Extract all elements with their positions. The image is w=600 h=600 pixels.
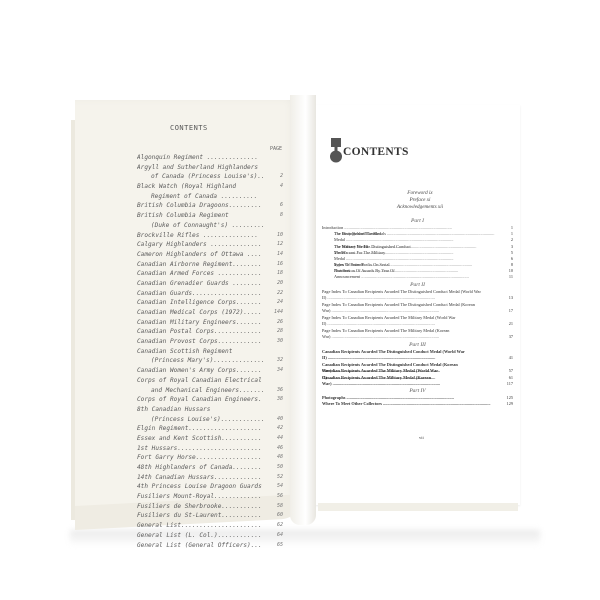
entry-title: Distribution Of Awards By Year Of Announ… <box>322 268 513 280</box>
part-heading: Part II <box>322 281 513 289</box>
contents-entry: Canadian Scottish Regiment <box>137 348 277 358</box>
entry-title: Corps of Royal Canadian Engineers. <box>137 396 262 403</box>
contents-entry: Page Index To Canadian Recipients Awarde… <box>322 289 513 302</box>
entry-title: Where To Meet Other Collectors <box>322 401 513 407</box>
entry-page: 46 <box>277 445 283 452</box>
entry-page: 30 <box>277 338 283 345</box>
contents-entry: Canadian Armed Forces .............18 <box>137 270 277 280</box>
right-contents-list: Part IIntroduction1The Story Behind The … <box>322 217 513 407</box>
entry-title: The Distinguished Conduct Medal <box>322 231 513 243</box>
contents-entry: Black Watch (Royal Highland4 <box>137 183 277 193</box>
entry-page: 4 <box>280 183 283 190</box>
contents-entry: Brockville Rifles ...............10 <box>137 232 277 242</box>
contents-entry: Elgin Regiment.....................42 <box>137 425 277 435</box>
entry-title: Canadian Guards.................... <box>137 290 262 297</box>
entry-page: 11 <box>509 274 513 280</box>
entry-title: 8th Canadian Hussars <box>137 406 210 413</box>
entry-title: Essex and Kent Scottish............ <box>137 435 262 442</box>
entry-page: 22 <box>277 290 283 297</box>
medal-icon <box>329 138 343 168</box>
entry-title: Black Watch (Royal Highland <box>137 183 236 190</box>
right-page-stack-edge <box>318 503 518 511</box>
entry-page: 52 <box>277 474 283 481</box>
entry-title: Fusiliers du St-Laurent............ <box>137 512 262 519</box>
contents-entry: Regiment of Canada .......... <box>137 193 277 203</box>
contents-entry: Canadian Medical Corps (1972)......144 <box>137 309 277 319</box>
contents-entry: 8th Canadian Hussars <box>137 406 277 416</box>
entry-title: Canadian Intelligence Corps........ <box>137 299 262 306</box>
entry-page: 37 <box>509 334 513 340</box>
entry-page: 42 <box>277 425 283 432</box>
entry-title: (Princess Mary's).............. <box>137 357 265 364</box>
part-heading: Part III <box>322 341 513 349</box>
contents-entry: Canadian Airborne Regiment.........16 <box>137 261 277 271</box>
entry-title: (Princess Louise's)............ <box>137 416 265 423</box>
entry-page: 58 <box>277 503 283 510</box>
contents-entry: 48th Highlanders of Canada.........50 <box>137 464 277 474</box>
contents-entry: Canadian Military Engineers........26 <box>137 319 277 329</box>
entry-page: 44 <box>277 435 283 442</box>
entry-title: Cameron Highlanders of Ottawa .... <box>137 251 262 258</box>
entry-title: Canadian Recipients Awarded The Distingu… <box>322 349 513 361</box>
entry-title: British Columbia Dragoons......... <box>137 202 262 209</box>
entry-page: 10 <box>277 232 283 239</box>
entry-title: Canadian Women's Army Corps........ <box>137 367 262 374</box>
part-heading: Part IV <box>322 387 513 395</box>
entry-title: Corps of Royal Canadian Electrical <box>137 377 262 384</box>
page-number: vii <box>419 435 424 440</box>
entry-page: 40 <box>277 416 283 423</box>
contents-entry: Fusiliers de Sherbrooke............58 <box>137 503 277 513</box>
entry-title: 48th Highlanders of Canada......... <box>137 464 262 471</box>
entry-page: 144 <box>274 309 283 316</box>
contents-entry: Canadian Postal Corps..............28 <box>137 328 277 338</box>
entry-page: 2 <box>280 173 283 180</box>
contents-entry: Canadian Guards....................22 <box>137 290 277 300</box>
entry-title: Page Index To Canadian Recipients Awarde… <box>322 315 513 327</box>
entry-title: Algonquin Regiment .............. <box>137 154 258 161</box>
contents-entry: Essex and Kent Scottish............44 <box>137 435 277 445</box>
contents-entry: British Columbia Dragoons.........6 <box>137 202 277 212</box>
contents-entry: Fusiliers du St-Laurent............60 <box>137 512 277 522</box>
contents-entry: Where To Meet Other Collectors129 <box>322 401 513 407</box>
entry-title: Fusiliers de Sherbrooke............ <box>137 503 262 510</box>
entry-page: 48 <box>277 454 283 461</box>
entry-page: 12 <box>277 241 283 248</box>
contents-entry: (Princess Louise's)............40 <box>137 416 277 426</box>
entry-page: 28 <box>277 328 283 335</box>
entry-title: Argyll and Sutherland Highlanders <box>137 164 258 171</box>
entry-title: Page Index To Canadian Recipients Awarde… <box>322 328 513 340</box>
contents-entry: Corps of Royal Canadian Engineers.38 <box>137 396 277 406</box>
entry-title: of Canada (Princess Louise's).. <box>137 173 265 180</box>
entry-page: 20 <box>277 280 283 287</box>
front-matter-item: Preface xi <box>380 197 460 204</box>
front-matter-item: Foreword ix <box>380 190 460 197</box>
contents-entry: Fort Garry Horse...................48 <box>137 454 277 464</box>
entry-page: 36 <box>277 387 283 394</box>
contents-entry: Canadian Grenadier Guards .........20 <box>137 280 277 290</box>
entry-title: 4th Princess Louise Dragoon Guards <box>137 483 262 490</box>
entry-title: Page Index To Canadian Recipients Awarde… <box>322 302 513 314</box>
entry-title: 1st Hussars........................ <box>137 445 262 452</box>
entry-title: Fort Garry Horse................... <box>137 454 262 461</box>
entry-page: 18 <box>277 270 283 277</box>
page-fold <box>290 95 316 525</box>
entry-title: Canadian Military Engineers........ <box>137 319 262 326</box>
page-column-header: PAGE <box>270 146 282 152</box>
contents-entry: British Columbia Regiment8 <box>137 212 277 222</box>
entry-page: 14 <box>277 251 283 258</box>
contents-entry: Canadian Recipients Awarded The Distingu… <box>322 349 513 362</box>
contents-entry: Canadian Provost Corps.............30 <box>137 338 277 348</box>
front-matter-list: Foreword ixPreface xiAcknowledgements xi… <box>380 190 460 211</box>
entry-page: 8 <box>280 212 283 219</box>
entry-title: General List....................... <box>137 522 262 529</box>
entry-page: 38 <box>277 396 283 403</box>
contents-entry: Argyll and Sutherland Highlanders <box>137 164 277 174</box>
contents-entry: Fusiliers Mount-Royal..............56 <box>137 493 277 503</box>
entry-title: Canadian Postal Corps.............. <box>137 328 262 335</box>
left-contents-list: Algonquin Regiment ..............Argyll … <box>137 154 277 551</box>
contents-entry: Page Index To Canadian Recipients Awarde… <box>322 328 513 341</box>
contents-entry: Corps of Royal Canadian Electrical <box>137 377 277 387</box>
entry-page: 56 <box>277 493 283 500</box>
entry-page: 6 <box>280 202 283 209</box>
contents-entry: Canadian Recipients Awarded The Military… <box>322 381 513 387</box>
contents-entry: 1st Hussars........................46 <box>137 445 277 455</box>
entry-title: Canadian Recipients Awarded The Military… <box>322 375 513 387</box>
entry-title: Brockville Rifles ............... <box>137 232 258 239</box>
contents-entry: 4th Princess Louise Dragoon Guards54 <box>137 483 277 493</box>
contents-entry: Algonquin Regiment .............. <box>137 154 277 164</box>
entry-page: 117 <box>507 381 513 387</box>
entry-title: Fusiliers Mount-Royal.............. <box>137 493 262 500</box>
entry-page: 65 <box>277 542 283 549</box>
entry-page: 129 <box>507 401 513 407</box>
contents-entry: Canadian Intelligence Corps........24 <box>137 299 277 309</box>
entry-title: Canadian Scottish Regiment <box>137 348 232 355</box>
entry-page: 60 <box>277 512 283 519</box>
entry-page: 64 <box>277 532 283 539</box>
page-stack-edge <box>71 120 75 520</box>
entry-title: Canadian Provost Corps............. <box>137 338 262 345</box>
entry-page: 32 <box>277 357 283 364</box>
part-heading: Part I <box>322 217 513 225</box>
entry-page: 24 <box>277 299 283 306</box>
contents-entry: General List (General Officers)...65 <box>137 542 277 552</box>
entry-title: Calgary Highlanders .............. <box>137 241 262 248</box>
entry-title: Canadian Grenadier Guards ......... <box>137 280 262 287</box>
entry-title: Page Index To Canadian Recipients Awarde… <box>322 289 513 301</box>
entry-page: 62 <box>277 522 283 529</box>
contents-entry: of Canada (Princess Louise's)..2 <box>137 173 277 183</box>
entry-page: 34 <box>277 367 283 374</box>
entry-page: 16 <box>277 261 283 268</box>
entry-title: General List (L. Col.)............. <box>137 532 262 539</box>
entry-title: The Warrant For The Military Medal <box>322 250 513 262</box>
contents-entry: Cameron Highlanders of Ottawa ....14 <box>137 251 277 261</box>
contents-entry: Calgary Highlanders ..............12 <box>137 241 277 251</box>
entry-page: 54 <box>277 483 283 490</box>
entry-page: 26 <box>277 319 283 326</box>
front-matter-item: Acknowledgements xii <box>380 204 460 211</box>
contents-entry: Distribution Of Awards By Year Of Announ… <box>322 275 513 281</box>
entry-title: (Duke of Connaught's) ......... <box>137 222 265 229</box>
contents-entry: Page Index To Canadian Recipients Awarde… <box>322 302 513 315</box>
entry-title: and Mechanical Engineers....... <box>137 387 265 394</box>
contents-entry: General List (L. Col.).............64 <box>137 532 277 542</box>
entry-title: Canadian Airborne Regiment......... <box>137 261 262 268</box>
right-page-title: CONTENTS <box>343 146 409 158</box>
entry-page: 50 <box>277 464 283 471</box>
contents-entry: and Mechanical Engineers.......36 <box>137 387 277 397</box>
contents-entry: (Duke of Connaught's) ......... <box>137 222 277 232</box>
entry-title: Elgin Regiment..................... <box>137 425 262 432</box>
contents-entry: Canadian Women's Army Corps........34 <box>137 367 277 377</box>
entry-title: General List (General Officers)... <box>137 542 262 549</box>
contents-entry: General List.......................62 <box>137 522 277 532</box>
contents-entry: 14th Canadian Hussars..............52 <box>137 474 277 484</box>
left-page-title: CONTENTS <box>170 124 208 132</box>
entry-title: 14th Canadian Hussars.............. <box>137 474 262 481</box>
entry-title: Canadian Medical Corps (1972)...... <box>137 309 262 316</box>
entry-title: British Columbia Regiment <box>137 212 229 219</box>
contents-entry: (Princess Mary's)..............32 <box>137 357 277 367</box>
entry-title: Canadian Armed Forces ............. <box>137 270 262 277</box>
entry-title: Regiment of Canada .......... <box>137 193 257 200</box>
contents-entry: Page Index To Canadian Recipients Awarde… <box>322 315 513 328</box>
